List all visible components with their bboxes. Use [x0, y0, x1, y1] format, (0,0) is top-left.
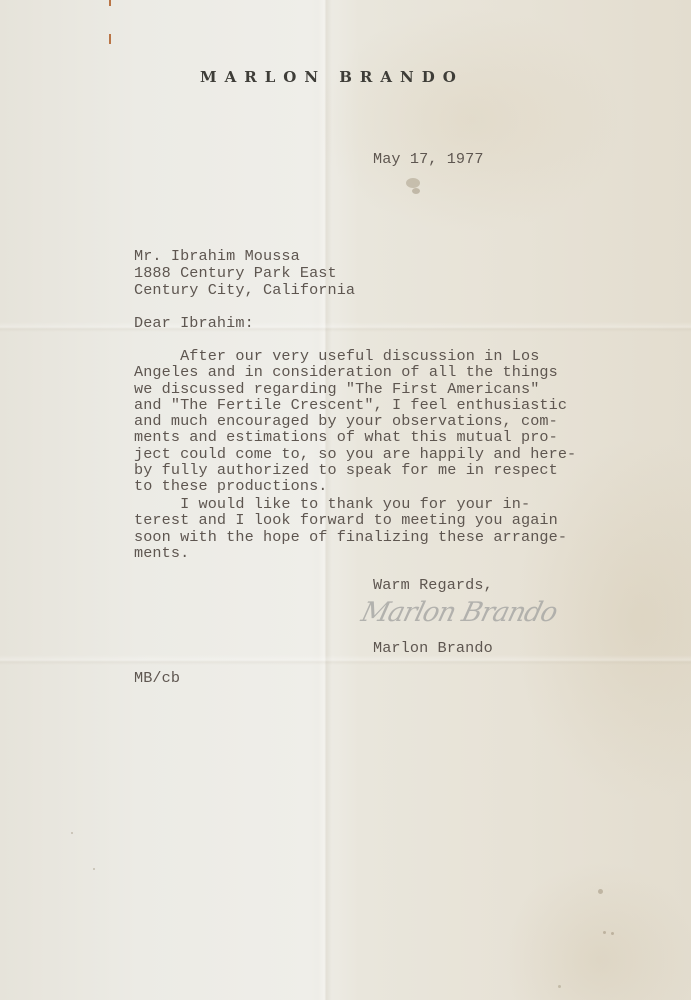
- letterhead: MARLON BRANDO: [200, 68, 464, 86]
- rust-mark: [109, 34, 111, 44]
- stain-spot: [598, 889, 603, 894]
- rust-mark: [109, 0, 111, 6]
- body-line: soon with the hope of finalizing these a…: [134, 529, 567, 545]
- body-line: ject could come to, so you are happily a…: [134, 446, 576, 462]
- body-line: ments and estimations of what this mutua…: [134, 429, 576, 445]
- body-line: and much encouraged by your observations…: [134, 413, 576, 429]
- stain-spot: [93, 868, 95, 870]
- body-paragraph-2: I would like to thank you for your in-te…: [134, 496, 567, 561]
- recipient-street: 1888 Century Park East: [134, 265, 355, 282]
- letter-paper: MARLON BRANDO May 17, 1977 Mr. Ibrahim M…: [0, 0, 691, 1000]
- body-line: ments.: [134, 545, 567, 561]
- salutation: Dear Ibrahim:: [134, 315, 254, 331]
- horizontal-fold-line-lower: [0, 655, 691, 665]
- horizontal-fold-line-upper: [0, 322, 691, 332]
- body-line: and "The Fertile Crescent", I feel enthu…: [134, 397, 576, 413]
- stain-spot: [611, 932, 614, 935]
- body-line: to these productions.: [134, 478, 576, 494]
- stain-spot: [406, 178, 420, 188]
- stain-spot: [412, 188, 420, 194]
- recipient-city: Century City, California: [134, 282, 355, 299]
- stain-spot: [558, 985, 561, 988]
- handwritten-signature: Marlon Brando: [358, 597, 560, 628]
- recipient-address: Mr. Ibrahim Moussa1888 Century Park East…: [134, 248, 355, 299]
- body-line: terest and I look forward to meeting you…: [134, 512, 567, 528]
- body-paragraph-1: After our very useful discussion in LosA…: [134, 348, 576, 495]
- letter-date: May 17, 1977: [373, 151, 484, 167]
- closing: Warm Regards,: [373, 577, 493, 593]
- body-line: Angeles and in consideration of all the …: [134, 364, 576, 380]
- body-line: we discussed regarding "The First Americ…: [134, 381, 576, 397]
- body-line: by fully authorized to speak for me in r…: [134, 462, 576, 478]
- recipient-name: Mr. Ibrahim Moussa: [134, 248, 355, 265]
- reference-initials: MB/cb: [134, 670, 180, 686]
- stain-spot: [71, 832, 73, 834]
- body-line: I would like to thank you for your in-: [134, 496, 567, 512]
- stain-spot: [603, 931, 606, 934]
- body-line: After our very useful discussion in Los: [134, 348, 576, 364]
- signed-name: Marlon Brando: [373, 640, 493, 656]
